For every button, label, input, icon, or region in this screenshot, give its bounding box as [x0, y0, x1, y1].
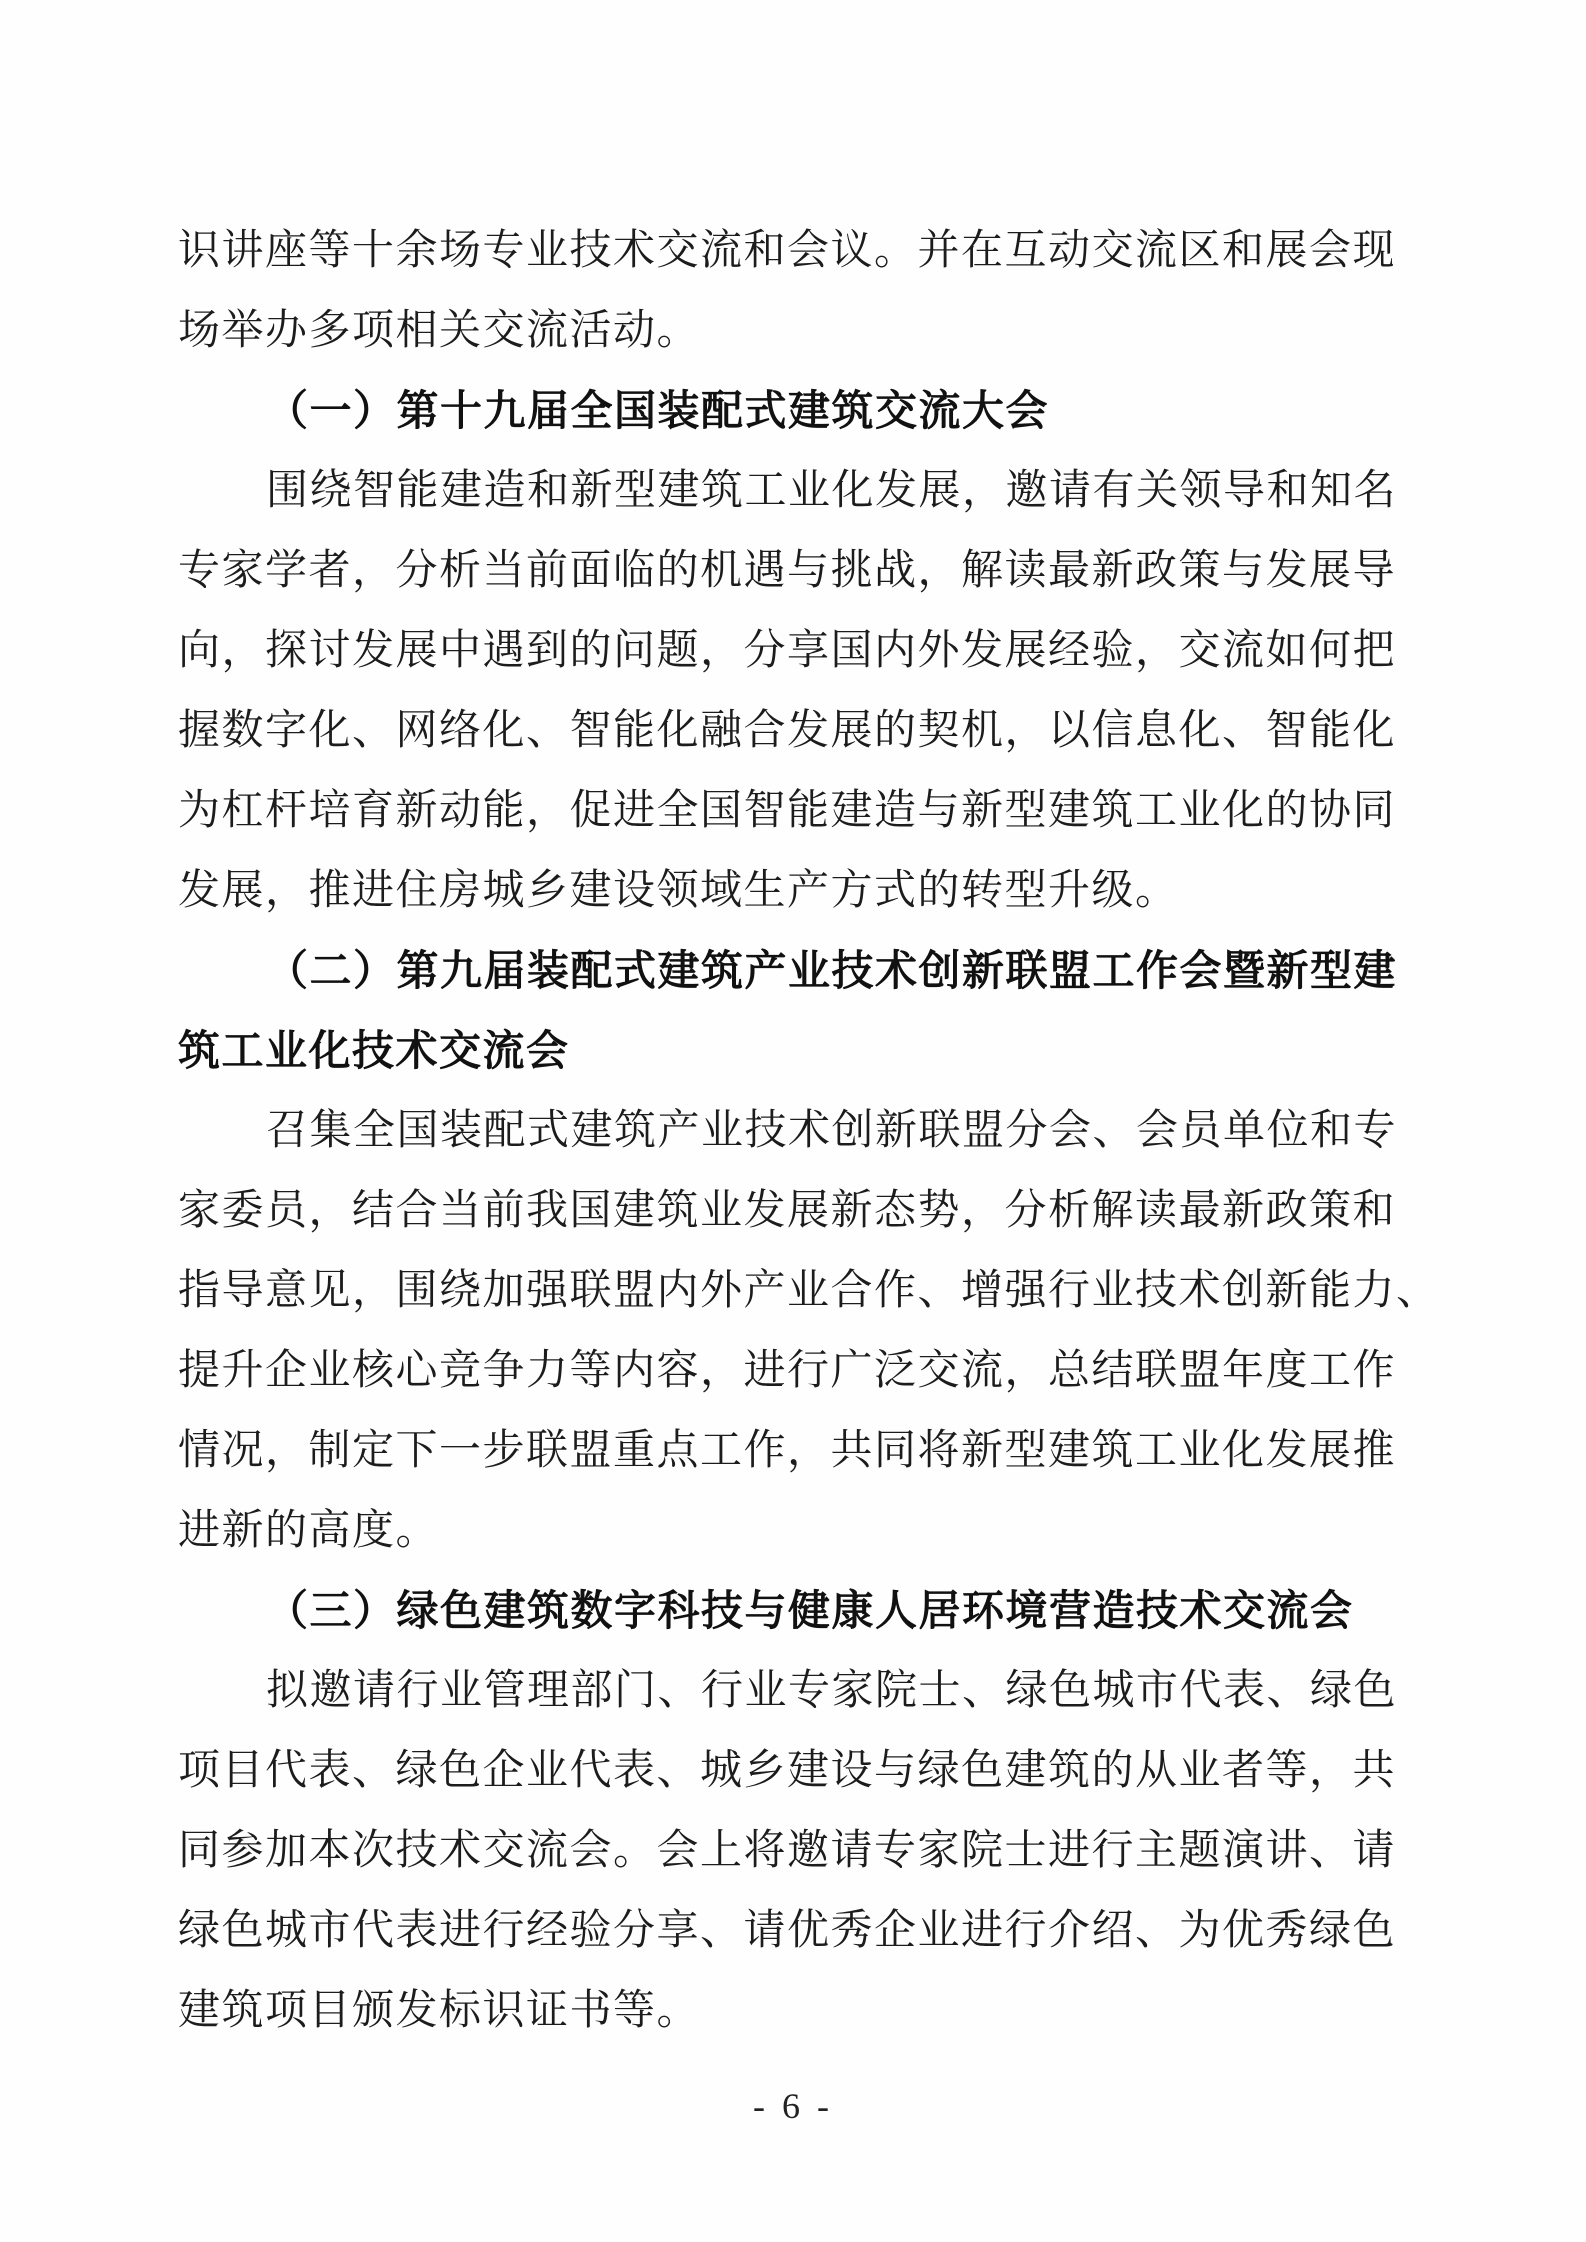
text-line: 向，探讨发展中遇到的问题，分享国内外发展经验，交流如何把	[178, 611, 1428, 691]
text-line: 拟邀请行业管理部门、行业专家院士、绿色城市代表、绿色	[178, 1651, 1428, 1731]
text-line: 进新的高度。	[178, 1491, 1428, 1571]
text-line: 场举办多项相关交流活动。	[178, 291, 1428, 371]
section-heading-1: （一）第十九届全国装配式建筑交流大会	[178, 371, 1428, 451]
section-heading-2: （二）第九届装配式建筑产业技术创新联盟工作会暨新型建	[178, 931, 1428, 1011]
document-page: 识讲座等十余场专业技术交流和会议。并在互动交流区和展会现 场举办多项相关交流活动…	[0, 0, 1586, 2242]
text-line: 发展，推进住房城乡建设领域生产方式的转型升级。	[178, 851, 1428, 931]
text-line: 围绕智能建造和新型建筑工业化发展，邀请有关领导和知名	[178, 451, 1428, 531]
text-line: 提升企业核心竞争力等内容，进行广泛交流，总结联盟年度工作	[178, 1331, 1428, 1411]
section-heading-2-cont: 筑工业化技术交流会	[178, 1011, 1428, 1091]
text-line: 同参加本次技术交流会。会上将邀请专家院士进行主题演讲、请	[178, 1811, 1428, 1891]
text-line: 绿色城市代表进行经验分享、请优秀企业进行介绍、为优秀绿色	[178, 1891, 1428, 1971]
text-line: 情况，制定下一步联盟重点工作，共同将新型建筑工业化发展推	[178, 1411, 1428, 1491]
text-line: 专家学者，分析当前面临的机遇与挑战，解读最新政策与发展导	[178, 531, 1428, 611]
page-number: - 6 -	[0, 2078, 1586, 2134]
text-line: 家委员，结合当前我国建筑业发展新态势，分析解读最新政策和	[178, 1171, 1428, 1251]
text-line: 指导意见，围绕加强联盟内外产业合作、增强行业技术创新能力、	[178, 1251, 1428, 1331]
document-body: 识讲座等十余场专业技术交流和会议。并在互动交流区和展会现 场举办多项相关交流活动…	[178, 211, 1428, 2051]
text-line: 建筑项目颁发标识证书等。	[178, 1971, 1428, 2051]
text-line: 项目代表、绿色企业代表、城乡建设与绿色建筑的从业者等，共	[178, 1731, 1428, 1811]
text-line: 握数字化、网络化、智能化融合发展的契机，以信息化、智能化	[178, 691, 1428, 771]
text-line: 为杠杆培育新动能，促进全国智能建造与新型建筑工业化的协同	[178, 771, 1428, 851]
text-line: 召集全国装配式建筑产业技术创新联盟分会、会员单位和专	[178, 1091, 1428, 1171]
section-heading-3: （三）绿色建筑数字科技与健康人居环境营造技术交流会	[178, 1571, 1428, 1651]
text-line: 识讲座等十余场专业技术交流和会议。并在互动交流区和展会现	[178, 211, 1428, 291]
